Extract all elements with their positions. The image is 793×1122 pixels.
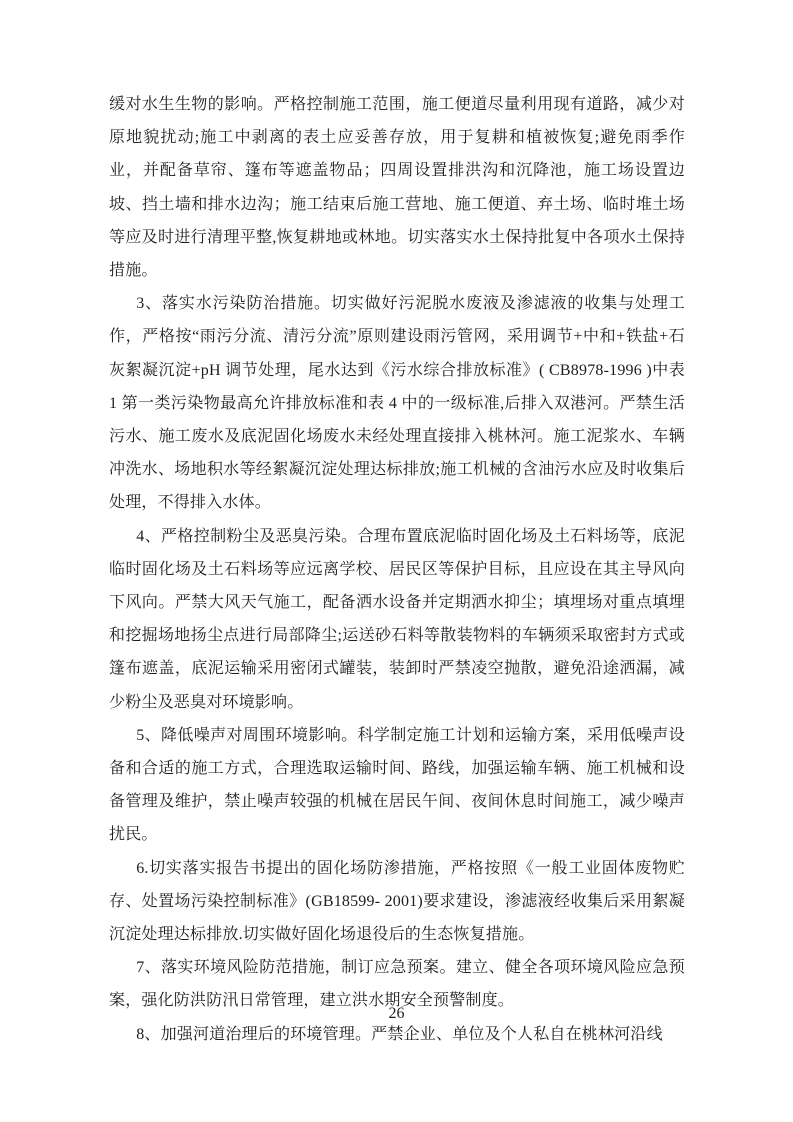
paragraph-item-5: 5、降低噪声对周围环境影响。科学制定施工计划和运输方案，采用低噪声设备和合适的施… [109, 719, 685, 852]
paragraph-item-4: 4、严格控制粉尘及恶臭污染。合理布置底泥临时固化场及土石料场等，底泥临时固化场及… [109, 520, 685, 719]
document-page: 缓对水生生物的影响。严格控制施工范围，施工便道尽量利用现有道路，减少对原地貌扰动… [0, 0, 793, 1122]
paragraph-item-6: 6.切实落实报告书提出的固化场防渗措施，严格按照《一般工业固体废物贮存、处置场污… [109, 852, 685, 952]
text-content: 缓对水生生物的影响。严格控制施工范围，施工便道尽量利用现有道路，减少对原地貌扰动… [109, 88, 685, 1051]
paragraph-item-3: 3、落实水污染防治措施。切实做好污泥脱水废液及渗滤液的收集与处理工作，严格按“雨… [109, 287, 685, 519]
paragraph-continuation: 缓对水生生物的影响。严格控制施工范围，施工便道尽量利用现有道路，减少对原地貌扰动… [109, 88, 685, 287]
page-number: 26 [0, 1002, 793, 1026]
